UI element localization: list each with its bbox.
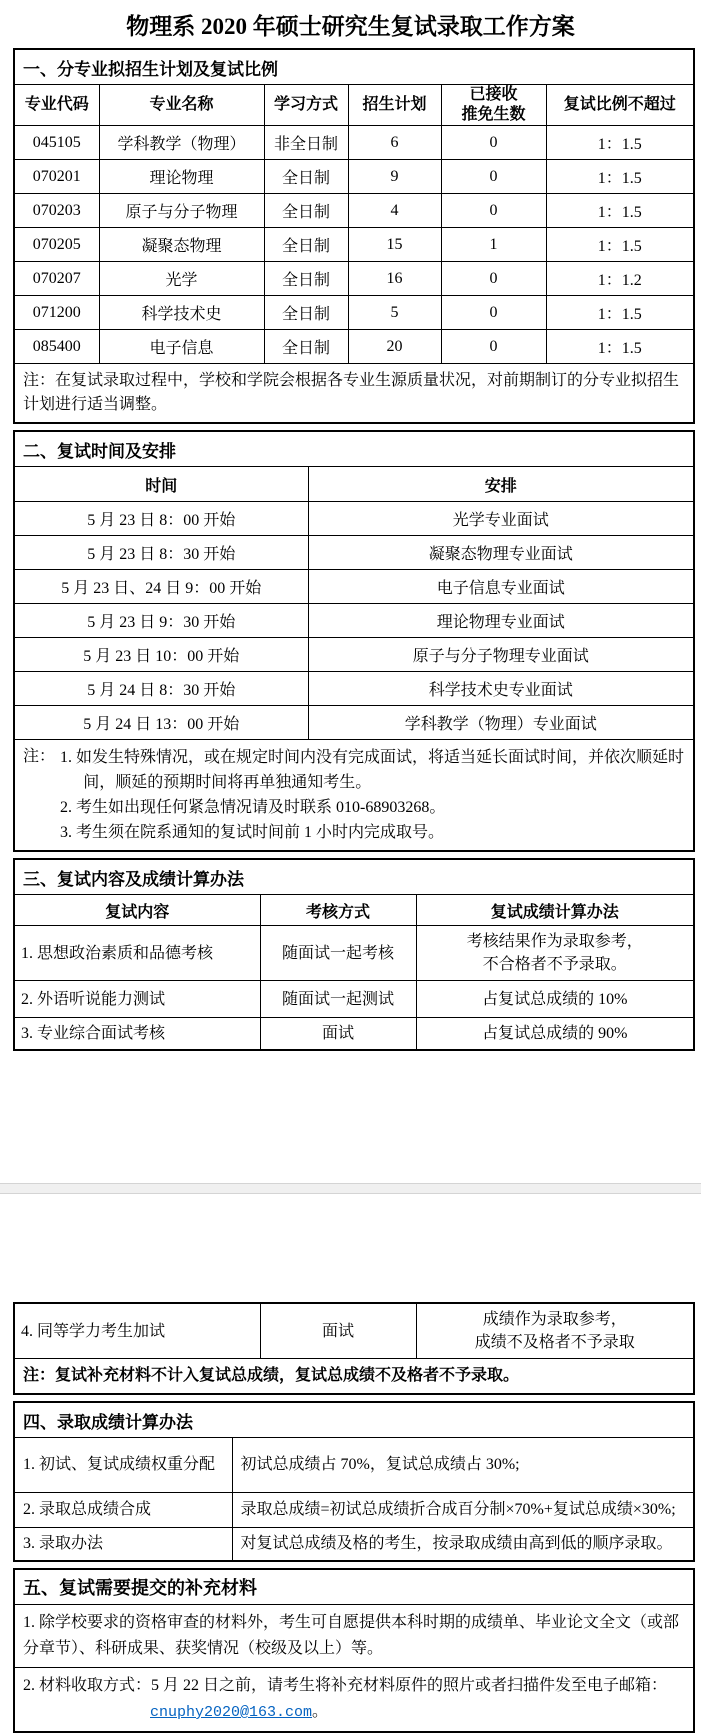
section-1-heading: 一、分专业拟招生计划及复试比例 bbox=[14, 49, 694, 85]
cell-assessment-method: 面试 bbox=[260, 1018, 416, 1051]
admission-plan-row: 045105 学科教学（物理） 非全日制 6 0 1：1.5 bbox=[14, 126, 694, 160]
note-item: 1. 如发生特殊情况，或在规定时间内没有完成面试，将适当延长面试时间，并依次顺延… bbox=[60, 745, 685, 795]
retest-content-row: 4. 同等学力考生加试 面试 成绩作为录取参考， 成绩不及格者不予录取 bbox=[14, 1303, 694, 1359]
section-4-heading: 四、录取成绩计算办法 bbox=[14, 1402, 694, 1438]
email-link[interactable]: cnuphy2020@163.com bbox=[150, 1704, 312, 1721]
page-divider bbox=[0, 1183, 701, 1194]
cell-item-value: 对复试总成绩及格的考生，按录取成绩由高到低的顺序录取。 bbox=[232, 1528, 694, 1562]
section-3-note-row: 注：复试补充材料不计入复试总成绩，复试总成绩不及格者不予录取。 bbox=[14, 1359, 694, 1395]
col-major-code: 专业代码 bbox=[14, 85, 99, 126]
section-1-heading-row: 一、分专业拟招生计划及复试比例 bbox=[14, 49, 694, 85]
cell-arrangement: 凝聚态物理专业面试 bbox=[308, 536, 694, 570]
materials-item-row: 2. 材料收取方式：5 月 22 日之前，请考生将补充材料原件的照片或者扫描件发… bbox=[14, 1668, 694, 1733]
cell-study-mode: 全日制 bbox=[264, 262, 348, 296]
retest-content-row: 3. 专业综合面试考核 面试 占复试总成绩的 90% bbox=[14, 1018, 694, 1051]
cell-item-label: 1. 初试、复试成绩权重分配 bbox=[14, 1438, 232, 1493]
cell-plan-count: 6 bbox=[348, 126, 441, 160]
cell-score-calculation: 成绩作为录取参考， 成绩不及格者不予录取 bbox=[416, 1303, 694, 1359]
cell-major-name: 电子信息 bbox=[99, 330, 264, 364]
cell-arrangement: 科学技术史专业面试 bbox=[308, 672, 694, 706]
cell-item-value: 录取总成绩=初试总成绩折合成百分制×70%+复试总成绩×30%; bbox=[232, 1493, 694, 1528]
cell-retest-ratio: 1：1.2 bbox=[546, 262, 694, 296]
cell-retest-ratio: 1：1.5 bbox=[546, 296, 694, 330]
col-arrangement: 安排 bbox=[308, 467, 694, 502]
cell-item-label: 3. 录取办法 bbox=[14, 1528, 232, 1562]
cell-item-value: 初试总成绩占 70%，复试总成绩占 30%; bbox=[232, 1438, 694, 1493]
cell-major-code: 070201 bbox=[14, 160, 99, 194]
retest-content-row: 1. 思想政治素质和品德考核 随面试一起考核 考核结果作为录取参考， 不合格者不… bbox=[14, 926, 694, 981]
cell-score-calculation: 占复试总成绩的 10% bbox=[416, 981, 694, 1018]
cell-time: 5 月 24 日 8：30 开始 bbox=[14, 672, 308, 706]
cell-study-mode: 全日制 bbox=[264, 194, 348, 228]
cell-recommended-count: 1 bbox=[441, 228, 546, 262]
cell-recommended-count: 0 bbox=[441, 194, 546, 228]
col-score-calculation: 复试成绩计算办法 bbox=[416, 895, 694, 926]
cell-retest-content: 1. 思想政治素质和品德考核 bbox=[14, 926, 260, 981]
cell-item-label: 2. 录取总成绩合成 bbox=[14, 1493, 232, 1528]
cell-major-name: 光学 bbox=[99, 262, 264, 296]
col-major-name: 专业名称 bbox=[99, 85, 264, 126]
cell-score-calculation: 占复试总成绩的 90% bbox=[416, 1018, 694, 1051]
cell-retest-ratio: 1：1.5 bbox=[546, 330, 694, 364]
cell-retest-content: 4. 同等学力考生加试 bbox=[14, 1303, 260, 1359]
cell-study-mode: 全日制 bbox=[264, 330, 348, 364]
admission-plan-row: 085400 电子信息 全日制 20 0 1：1.5 bbox=[14, 330, 694, 364]
cell-score-calculation: 考核结果作为录取参考， 不合格者不予录取。 bbox=[416, 926, 694, 981]
cell-retest-ratio: 1：1.5 bbox=[546, 228, 694, 262]
admission-plan-row: 070205 凝聚态物理 全日制 15 1 1：1.5 bbox=[14, 228, 694, 262]
email-suffix: 。 bbox=[312, 1703, 328, 1720]
schedule-row: 5 月 24 日 8：30 开始 科学技术史专业面试 bbox=[14, 672, 694, 706]
section-3-note: 注：复试补充材料不计入复试总成绩，复试总成绩不及格者不予录取。 bbox=[14, 1359, 694, 1395]
cell-assessment-method: 随面试一起考核 bbox=[260, 926, 416, 981]
cell-recommended-count: 0 bbox=[441, 126, 546, 160]
section-1-note-row: 注：在复试录取过程中，学校和学院会根据各专业生源质量状况，对前期制订的分专业拟招… bbox=[14, 364, 694, 424]
materials-item-1: 1. 除学校要求的资格审查的材料外，考生可自愿提供本科时期的成绩单、毕业论文全文… bbox=[14, 1605, 694, 1668]
col-assessment-method: 考核方式 bbox=[260, 895, 416, 926]
admission-plan-row: 070201 理论物理 全日制 9 0 1：1.5 bbox=[14, 160, 694, 194]
cell-plan-count: 20 bbox=[348, 330, 441, 364]
cell-major-name: 理论物理 bbox=[99, 160, 264, 194]
cell-recommended-count: 0 bbox=[441, 330, 546, 364]
cell-retest-ratio: 1：1.5 bbox=[546, 194, 694, 228]
admission-score-row: 1. 初试、复试成绩权重分配 初试总成绩占 70%，复试总成绩占 30%; bbox=[14, 1438, 694, 1493]
cell-plan-count: 16 bbox=[348, 262, 441, 296]
admission-score-row: 3. 录取办法 对复试总成绩及格的考生，按录取成绩由高到低的顺序录取。 bbox=[14, 1528, 694, 1562]
admission-plan-row: 071200 科学技术史 全日制 5 0 1：1.5 bbox=[14, 296, 694, 330]
admission-plan-row: 070207 光学 全日制 16 0 1：1.2 bbox=[14, 262, 694, 296]
schedule-header-row: 时间 安排 bbox=[14, 467, 694, 502]
materials-item-2-text: 2. 材料收取方式：5 月 22 日之前，请考生将补充材料原件的照片或者扫描件发… bbox=[23, 1673, 685, 1699]
cell-assessment-method: 随面试一起测试 bbox=[260, 981, 416, 1018]
retest-content-table: 三、复试内容及成绩计算办法 复试内容 考核方式 复试成绩计算办法 1. 思想政治… bbox=[13, 858, 695, 1051]
note-item: 3. 考生须在院系通知的复试时间前 1 小时内完成取号。 bbox=[60, 820, 685, 845]
cell-recommended-count: 0 bbox=[441, 296, 546, 330]
cell-plan-count: 4 bbox=[348, 194, 441, 228]
section-5-heading-row: 五、复试需要提交的补充材料 bbox=[14, 1569, 694, 1605]
col-retest-ratio: 复试比例不超过 bbox=[546, 85, 694, 126]
section-3-heading: 三、复试内容及成绩计算办法 bbox=[14, 859, 694, 895]
cell-major-code: 070207 bbox=[14, 262, 99, 296]
cell-arrangement: 原子与分子物理专业面试 bbox=[308, 638, 694, 672]
col-plan-count: 招生计划 bbox=[348, 85, 441, 126]
col-study-mode: 学习方式 bbox=[264, 85, 348, 126]
section-2-heading-row: 二、复试时间及安排 bbox=[14, 431, 694, 467]
cell-study-mode: 全日制 bbox=[264, 160, 348, 194]
cell-major-code: 070205 bbox=[14, 228, 99, 262]
schedule-row: 5 月 24 日 13：00 开始 学科教学（物理）专业面试 bbox=[14, 706, 694, 740]
cell-recommended-count: 0 bbox=[441, 160, 546, 194]
cell-time: 5 月 23 日 8：30 开始 bbox=[14, 536, 308, 570]
cell-plan-count: 9 bbox=[348, 160, 441, 194]
note-item: 2. 考生如出现任何紧急情况请及时联系 010-68903268。 bbox=[60, 795, 685, 820]
cell-arrangement: 电子信息专业面试 bbox=[308, 570, 694, 604]
cell-time: 5 月 23 日 9：30 开始 bbox=[14, 604, 308, 638]
cell-study-mode: 全日制 bbox=[264, 228, 348, 262]
cell-recommended-count: 0 bbox=[441, 262, 546, 296]
retest-content-header-row: 复试内容 考核方式 复试成绩计算办法 bbox=[14, 895, 694, 926]
cell-time: 5 月 24 日 13：00 开始 bbox=[14, 706, 308, 740]
cell-study-mode: 全日制 bbox=[264, 296, 348, 330]
cell-time: 5 月 23 日 10：00 开始 bbox=[14, 638, 308, 672]
cell-major-code: 085400 bbox=[14, 330, 99, 364]
cell-retest-content: 3. 专业综合面试考核 bbox=[14, 1018, 260, 1051]
cell-major-name: 科学技术史 bbox=[99, 296, 264, 330]
cell-major-code: 071200 bbox=[14, 296, 99, 330]
cell-time: 5 月 23 日、24 日 9：00 开始 bbox=[14, 570, 308, 604]
admission-score-row: 2. 录取总成绩合成 录取总成绩=初试总成绩折合成百分制×70%+复试总成绩×3… bbox=[14, 1493, 694, 1528]
cell-retest-ratio: 1：1.5 bbox=[546, 160, 694, 194]
col-time: 时间 bbox=[14, 467, 308, 502]
admission-plan-row: 070203 原子与分子物理 全日制 4 0 1：1.5 bbox=[14, 194, 694, 228]
cell-major-name: 学科教学（物理） bbox=[99, 126, 264, 160]
cell-major-name: 原子与分子物理 bbox=[99, 194, 264, 228]
section-2-note: 注： 1. 如发生特殊情况，或在规定时间内没有完成面试，将适当延长面试时间，并依… bbox=[23, 745, 685, 845]
admission-plan-table: 一、分专业拟招生计划及复试比例 专业代码 专业名称 学习方式 招生计划 已接收 … bbox=[13, 48, 695, 424]
cell-plan-count: 5 bbox=[348, 296, 441, 330]
section-3-heading-row: 三、复试内容及成绩计算办法 bbox=[14, 859, 694, 895]
cell-plan-count: 15 bbox=[348, 228, 441, 262]
page-2: 4. 同等学力考生加试 面试 成绩作为录取参考， 成绩不及格者不予录取 注：复试… bbox=[0, 1302, 701, 1733]
supplementary-materials-table: 五、复试需要提交的补充材料 1. 除学校要求的资格审查的材料外，考生可自愿提供本… bbox=[13, 1568, 695, 1733]
schedule-row: 5 月 23 日、24 日 9：00 开始 电子信息专业面试 bbox=[14, 570, 694, 604]
cell-arrangement: 光学专业面试 bbox=[308, 502, 694, 536]
cell-retest-content: 2. 外语听说能力测试 bbox=[14, 981, 260, 1018]
section-2-heading: 二、复试时间及安排 bbox=[14, 431, 694, 467]
document-title: 物理系 2020 年硕士研究生复试录取工作方案 bbox=[0, 12, 701, 41]
note-label: 注： bbox=[23, 745, 60, 769]
cell-retest-ratio: 1：1.5 bbox=[546, 126, 694, 160]
cell-assessment-method: 面试 bbox=[260, 1303, 416, 1359]
cell-major-code: 070203 bbox=[14, 194, 99, 228]
section-4-heading-row: 四、录取成绩计算办法 bbox=[14, 1402, 694, 1438]
section-2-note-row: 注： 1. 如发生特殊情况，或在规定时间内没有完成面试，将适当延长面试时间，并依… bbox=[14, 740, 694, 852]
schedule-row: 5 月 23 日 10：00 开始 原子与分子物理专业面试 bbox=[14, 638, 694, 672]
materials-item-row: 1. 除学校要求的资格审查的材料外，考生可自愿提供本科时期的成绩单、毕业论文全文… bbox=[14, 1605, 694, 1668]
cell-major-name: 凝聚态物理 bbox=[99, 228, 264, 262]
schedule-row: 5 月 23 日 9：30 开始 理论物理专业面试 bbox=[14, 604, 694, 638]
section-1-note: 注：在复试录取过程中，学校和学院会根据各专业生源质量状况，对前期制订的分专业拟招… bbox=[14, 364, 694, 424]
cell-time: 5 月 23 日 8：00 开始 bbox=[14, 502, 308, 536]
admission-score-table: 四、录取成绩计算办法 1. 初试、复试成绩权重分配 初试总成绩占 70%，复试总… bbox=[13, 1401, 695, 1562]
schedule-row: 5 月 23 日 8：30 开始 凝聚态物理专业面试 bbox=[14, 536, 694, 570]
email-line: cnuphy2020@163.com。 bbox=[23, 1699, 685, 1726]
schedule-row: 5 月 23 日 8：00 开始 光学专业面试 bbox=[14, 502, 694, 536]
cell-arrangement: 理论物理专业面试 bbox=[308, 604, 694, 638]
cell-major-code: 045105 bbox=[14, 126, 99, 160]
retest-content-table-continued: 4. 同等学力考生加试 面试 成绩作为录取参考， 成绩不及格者不予录取 注：复试… bbox=[13, 1302, 695, 1395]
cell-study-mode: 非全日制 bbox=[264, 126, 348, 160]
cell-arrangement: 学科教学（物理）专业面试 bbox=[308, 706, 694, 740]
schedule-table: 二、复试时间及安排 时间 安排 5 月 23 日 8：00 开始 光学专业面试 … bbox=[13, 430, 695, 852]
col-recommended-count: 已接收 推免生数 bbox=[441, 85, 546, 126]
admission-plan-header-row: 专业代码 专业名称 学习方式 招生计划 已接收 推免生数 复试比例不超过 bbox=[14, 85, 694, 126]
col-retest-content: 复试内容 bbox=[14, 895, 260, 926]
materials-item-2: 2. 材料收取方式：5 月 22 日之前，请考生将补充材料原件的照片或者扫描件发… bbox=[14, 1668, 694, 1733]
section-5-heading: 五、复试需要提交的补充材料 bbox=[14, 1569, 694, 1605]
page-1: 物理系 2020 年硕士研究生复试录取工作方案 一、分专业拟招生计划及复试比例 … bbox=[0, 0, 701, 1051]
retest-content-row: 2. 外语听说能力测试 随面试一起测试 占复试总成绩的 10% bbox=[14, 981, 694, 1018]
